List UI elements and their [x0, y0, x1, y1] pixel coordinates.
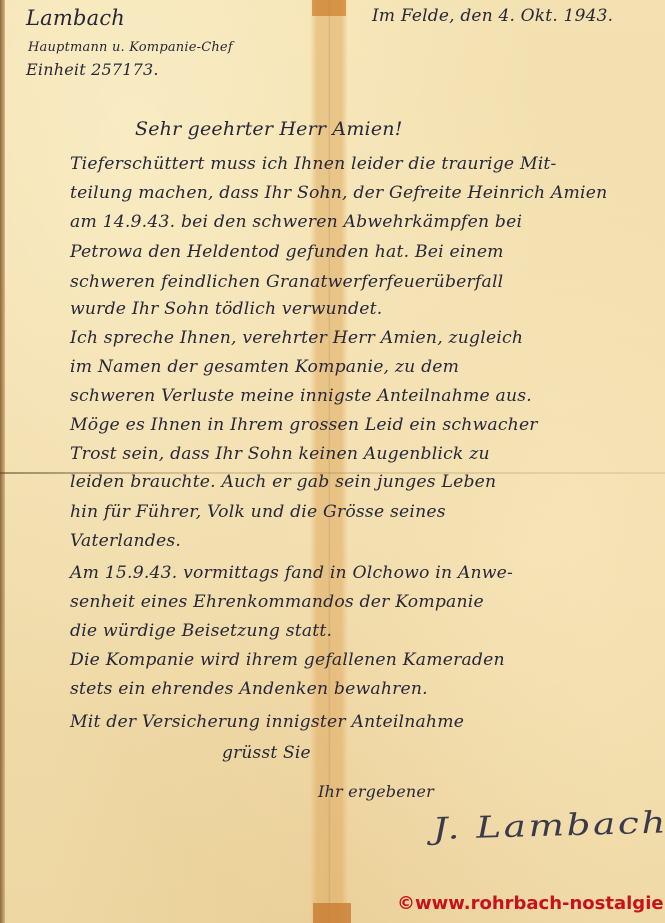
body-line: Mit der Versicherung innigster Anteilnah…	[70, 712, 464, 732]
body-line: Tieferschüttert muss ich Ihnen leider di…	[70, 154, 557, 174]
body-line: schweren Verluste meine innigste Anteiln…	[70, 386, 532, 406]
body-line: wurde Ihr Sohn tödlich verwundet.	[70, 299, 382, 319]
body-line: am 14.9.43. bei den schweren Abwehrkämpf…	[70, 212, 522, 232]
body-line: im Namen der gesamten Kompanie, zu dem	[70, 357, 459, 377]
body-line: Petrowa den Heldentod gefunden hat. Bei …	[70, 242, 504, 262]
tape-remnant-bottom	[313, 903, 351, 923]
salutation: Sehr geehrter Herr Amien!	[135, 118, 403, 140]
letter-paper: Lambach Hauptmann u. Kompanie-Chef Einhe…	[0, 0, 665, 923]
paper-edge-shadow	[0, 0, 5, 923]
sender-unit: Einheit 257173.	[26, 60, 159, 79]
body-line: schweren feindlichen Granatwerferfeuerüb…	[70, 272, 503, 292]
closing-yours: Ihr ergebener	[318, 782, 434, 801]
body-line: leiden brauchte. Auch er gab sein junges…	[70, 472, 496, 492]
body-line: Am 15.9.43. vormittags fand in Olchowo i…	[70, 563, 513, 583]
body-line: Die Kompanie wird ihrem gefallenen Kamer…	[70, 650, 505, 670]
body-line: teilung machen, dass Ihr Sohn, der Gefre…	[70, 183, 607, 203]
body-line: stets ein ehrendes Andenken bewahren.	[70, 679, 428, 699]
body-line: Trost sein, dass Ihr Sohn keinen Augenbl…	[70, 444, 490, 464]
copyright-watermark: ©www.rohrbach-nostalgie.de	[397, 893, 665, 914]
sender-name: Lambach	[26, 6, 125, 30]
sender-rank: Hauptmann u. Kompanie-Chef	[28, 40, 233, 55]
body-line: Ich spreche Ihnen, verehrter Herr Amien,…	[70, 328, 523, 348]
body-line: die würdige Beisetzung statt.	[70, 621, 332, 641]
body-line: Möge es Ihnen in Ihrem grossen Leid ein …	[70, 415, 538, 435]
body-line: hin für Führer, Volk und die Grösse sein…	[70, 502, 446, 522]
signature: J. Lambach	[432, 805, 665, 847]
tape-remnant-top	[312, 0, 346, 16]
closing-greeting: grüsst Sie	[222, 743, 311, 763]
body-line: Vaterlandes.	[70, 531, 181, 551]
body-line: senheit eines Ehrenkommandos der Kompani…	[70, 592, 484, 612]
dateline: Im Felde, den 4. Okt. 1943.	[372, 6, 613, 26]
